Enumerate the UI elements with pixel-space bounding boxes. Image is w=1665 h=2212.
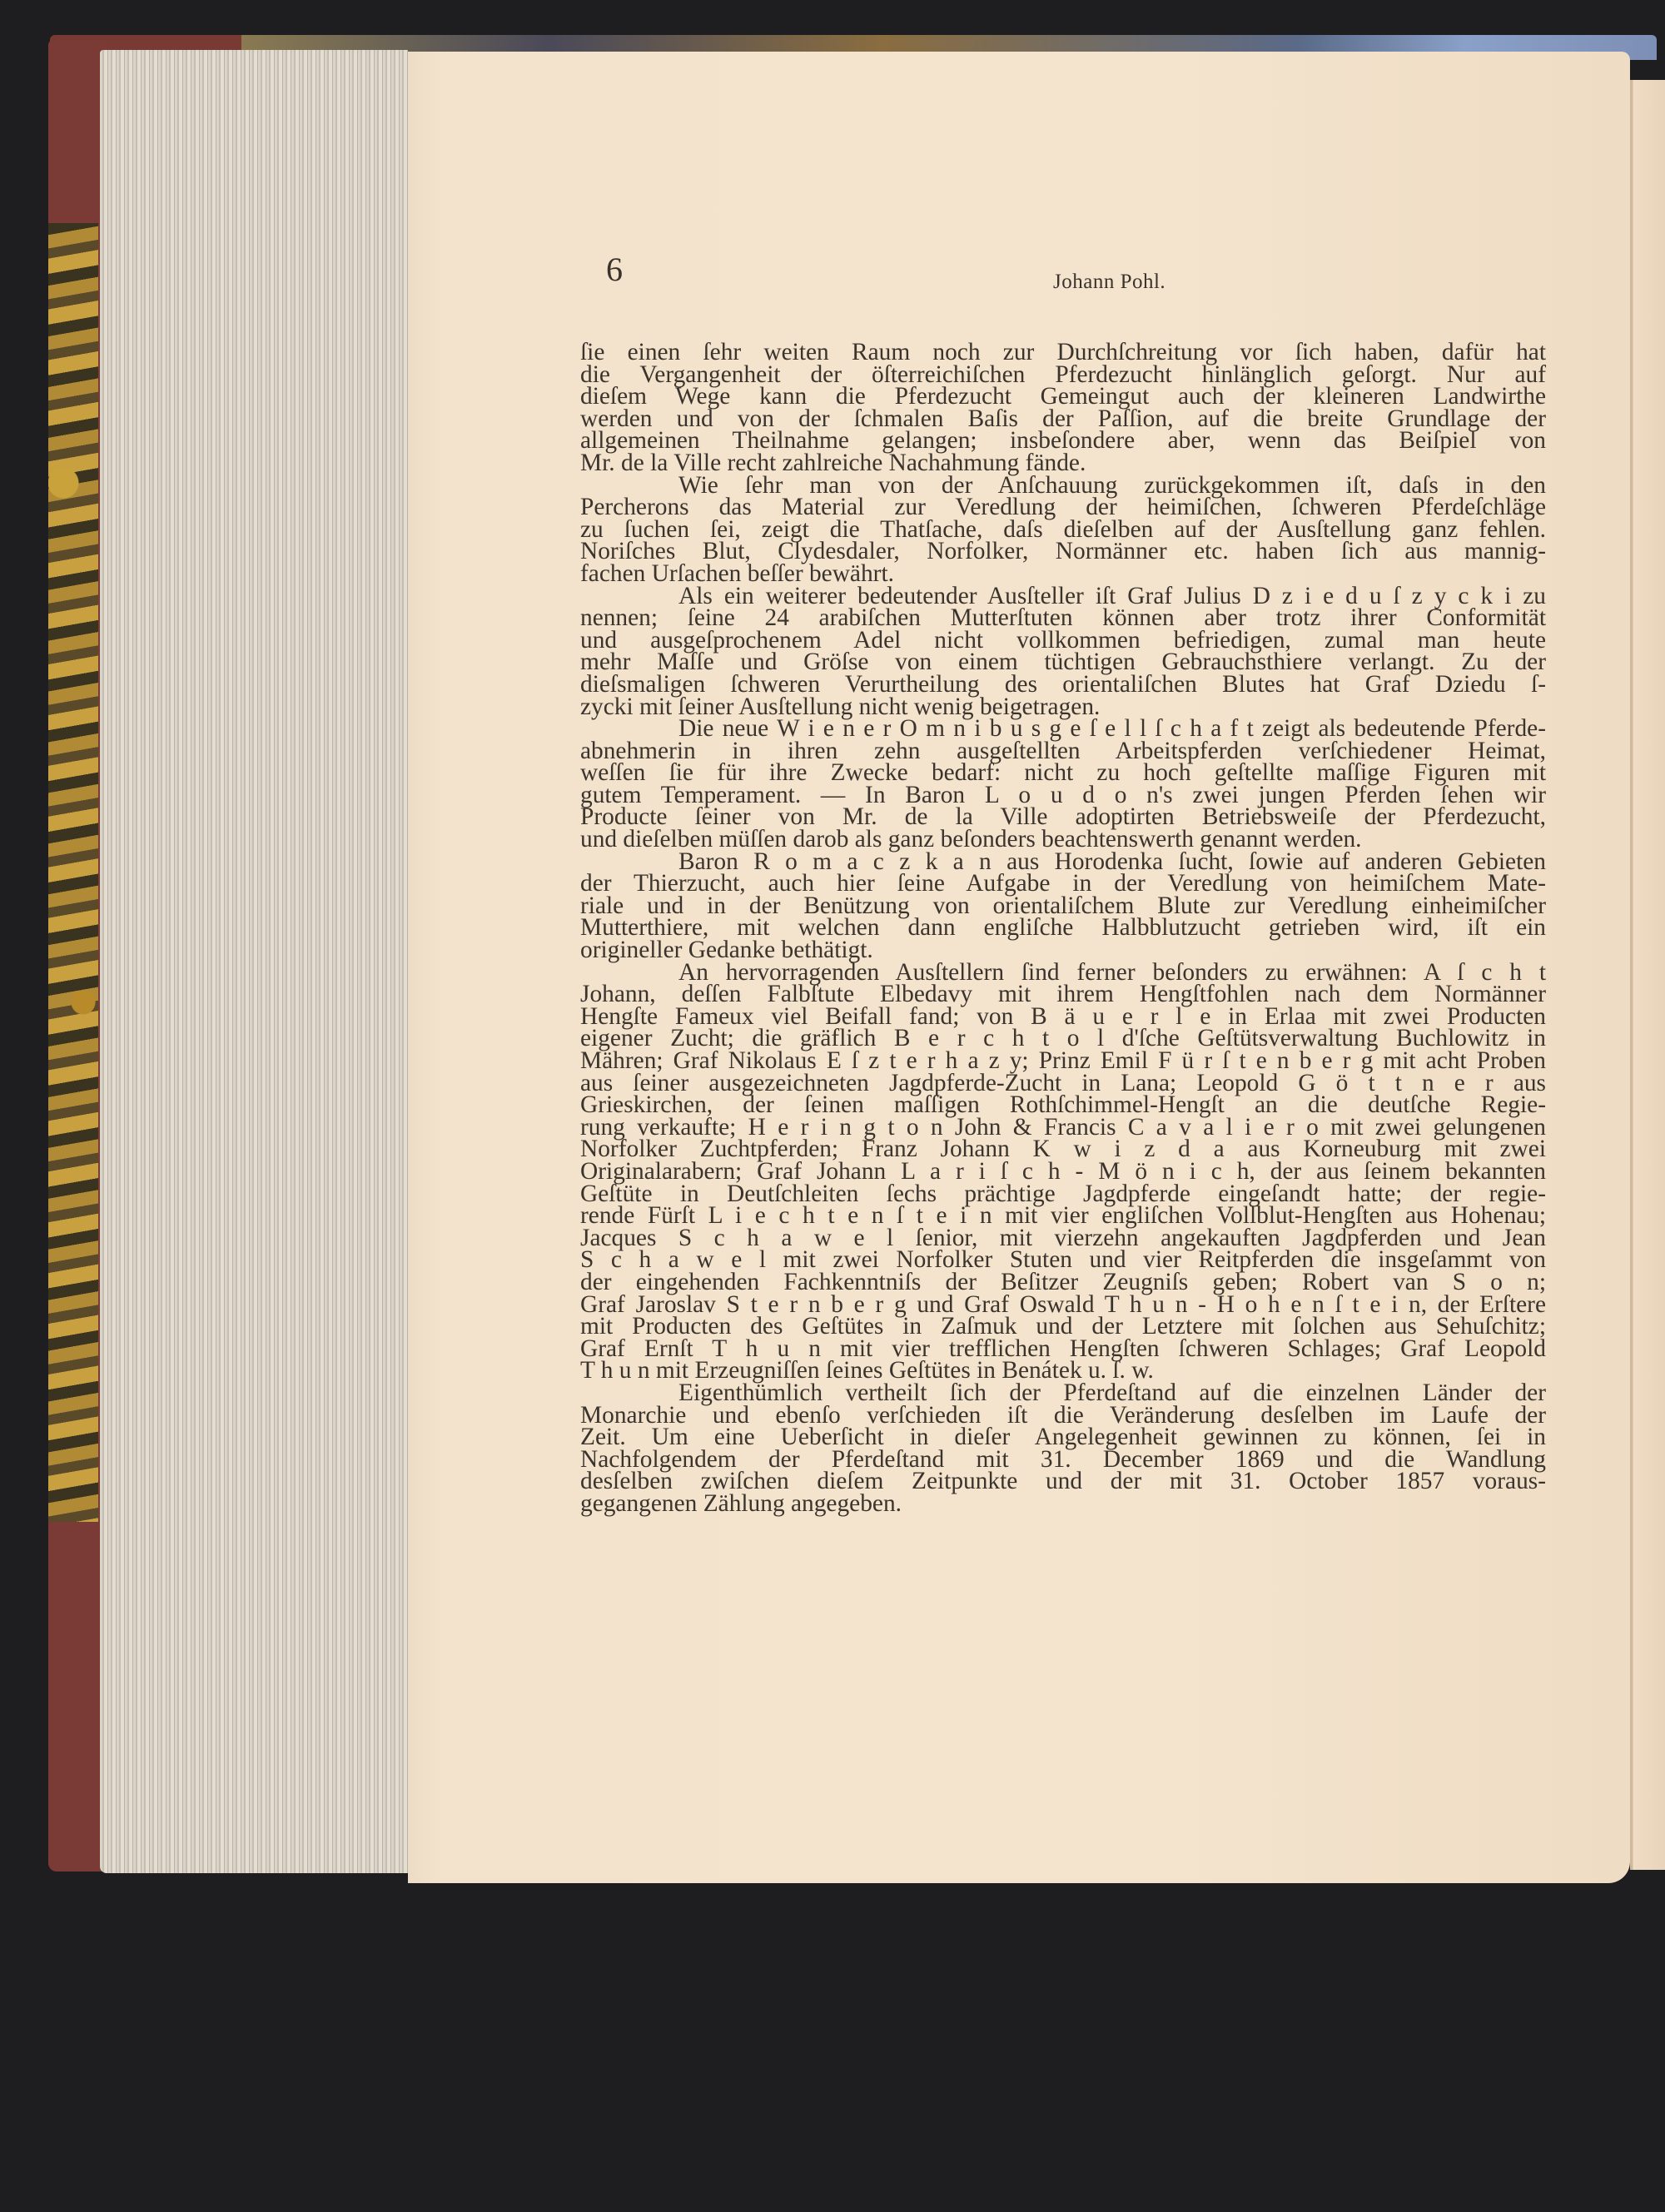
text-line: riale und in der Benützung von orientali… (580, 895, 1546, 917)
text-line: Johann, deſſen Falbſtute Elbedavy mit ih… (580, 983, 1546, 1006)
text-line: dieſem Wege kann die Pferdezucht Gemeing… (580, 385, 1546, 408)
text-line: mit Producten des Geſtütes in Zaſmuk und… (580, 1315, 1546, 1338)
text-line: gutem Temperament. — In Baron L o u d o … (580, 784, 1546, 807)
text-line: Mr. de la Ville recht zahlreiche Nachahm… (580, 452, 1546, 475)
text-line: gegangenen Zählung angegeben. (580, 1493, 1546, 1515)
text-line: rende Fürſt L i e c h t e n ſ t e i n mi… (580, 1205, 1546, 1227)
text-line: Hengſte Fameux viel Beifall fand; von B … (580, 1006, 1546, 1028)
text-line: Noriſches Blut, Clydesdaler, Norfolker, … (580, 540, 1546, 563)
text-line: dieſsmaligen ſchweren Verurtheilung des … (580, 674, 1546, 696)
running-head: Johann Pohl. (1053, 271, 1165, 294)
text-line: Baron R o m a c z k a n aus Horodenka ſu… (580, 851, 1546, 873)
page-number: 6 (606, 250, 623, 289)
paragraph: Baron R o m a c z k a n aus Horodenka ſu… (580, 851, 1546, 962)
paragraph: Wie ſehr man von der Anſchauung zurückge… (580, 475, 1546, 585)
text-line: rung verkaufte; H e r i n g t o n John &… (580, 1116, 1546, 1139)
text-line: Eigenthümlich vertheilt ſich der Pferdeſ… (580, 1382, 1546, 1404)
text-line: zycki mit ſeiner Ausſtellung nicht wenig… (580, 696, 1546, 718)
text-line: eigener Zucht; die gräflich B e r c h t … (580, 1027, 1546, 1050)
text-line: Geſtüte in Deutſchleiten ſechs prächtige… (580, 1183, 1546, 1205)
paragraph: Eigenthümlich vertheilt ſich der Pferdeſ… (580, 1382, 1546, 1515)
text-line: und dieſelben müſſen darob als ganz beſo… (580, 828, 1546, 851)
text-line: Grieskirchen, der ſeinen maſſigen Rothſc… (580, 1094, 1546, 1116)
text-line: allgemeinen Theilnahme gelangen; insbeſo… (580, 430, 1546, 452)
text-line: Als ein weiterer bedeutender Ausſteller … (580, 585, 1546, 608)
paragraph: Als ein weiterer bedeutender Ausſteller … (580, 585, 1546, 718)
text-line: S c h a w e l mit zwei Norfolker Stuten … (580, 1249, 1546, 1271)
text-line: Wie ſehr man von der Anſchauung zurückge… (580, 475, 1546, 497)
text-line: Jacques S c h a w e l ſenior, mit vierze… (580, 1227, 1546, 1250)
text-line: An hervorragenden Ausſtellern ſind ferne… (580, 962, 1546, 984)
text-line: Graf Jaroslav S t e r n b e r g und Graf… (580, 1294, 1546, 1316)
text-line: Producte ſeiner von Mr. de la Ville adop… (580, 806, 1546, 828)
text-line: der eingehenden Fachkenntniſs der Beſitz… (580, 1271, 1546, 1294)
page-edges (100, 50, 408, 1873)
text-line: zu ſuchen ſei, zeigt die Thatſache, daſs… (580, 519, 1546, 541)
text-line: die Vergangenheit der öſterreichiſchen P… (580, 364, 1546, 386)
paragraph: An hervorragenden Ausſtellern ſind ferne… (580, 962, 1546, 1382)
paragraph: ſie einen ſehr weiten Raum noch zur Durc… (580, 341, 1546, 475)
text-line: fachen Urſachen beſſer bewährt. (580, 563, 1546, 585)
text-line: mehr Maſſe und Gröſse von einem tüchtige… (580, 651, 1546, 674)
text-line: Mähren; Graf Nikolaus E ſ z t e r h a z … (580, 1050, 1546, 1072)
text-line: Die neue W i e n e r O m n i b u s g e ſ… (580, 718, 1546, 740)
marbled-board (48, 223, 98, 1522)
text-line: T h u n mit Erzeugniſſen ſeines Geſtütes… (580, 1360, 1546, 1382)
text-line: weſſen ſie für ihre Zwecke bedarf: nicht… (580, 762, 1546, 784)
text-line: werden und von der ſchmalen Baſis der Pa… (580, 408, 1546, 430)
text-line: nennen; ſeine 24 arabiſchen Mutterſtuten… (580, 607, 1546, 629)
text-line: der Thierzucht, auch hier ſeine Aufgabe … (580, 872, 1546, 895)
text-line: ſie einen ſehr weiten Raum noch zur Durc… (580, 341, 1546, 364)
text-line: Percherons das Material zur Veredlung de… (580, 496, 1546, 519)
text-line: Norfolker Zuchtpferden; Franz Johann K w… (580, 1138, 1546, 1161)
text-line: abnehmerin in ihren zehn ausgeſtellten A… (580, 740, 1546, 763)
text-line: und ausgeſprochenem Adel nicht vollkomme… (580, 629, 1546, 652)
text-line: Zeit. Um eine Ueberſicht in dieſer Angel… (580, 1426, 1546, 1449)
text-line: Monarchie und ebenſo verſchieden iſt die… (580, 1404, 1546, 1427)
text-line: Nachfolgendem der Pferdeſtand mit 31. De… (580, 1449, 1546, 1471)
text-line: Mutterthiere, mit welchen dann engliſche… (580, 917, 1546, 939)
paragraph: Die neue W i e n e r O m n i b u s g e ſ… (580, 718, 1546, 851)
text-line: Graf Ernſt T h u n mit vier trefflichen … (580, 1338, 1546, 1360)
body-text: ſie einen ſehr weiten Raum noch zur Durc… (580, 341, 1546, 1514)
text-line: origineller Gedanke bethätigt. (580, 939, 1546, 962)
text-line: Originalarabern; Graf Johann L a r i ſ c… (580, 1161, 1546, 1183)
text-line: aus ſeiner ausgezeichneten Jagdpferde-Zu… (580, 1072, 1546, 1095)
text-line: desſelben zwiſchen dieſem Zeitpunkte und… (580, 1470, 1546, 1493)
next-page-edge (1630, 80, 1665, 1870)
